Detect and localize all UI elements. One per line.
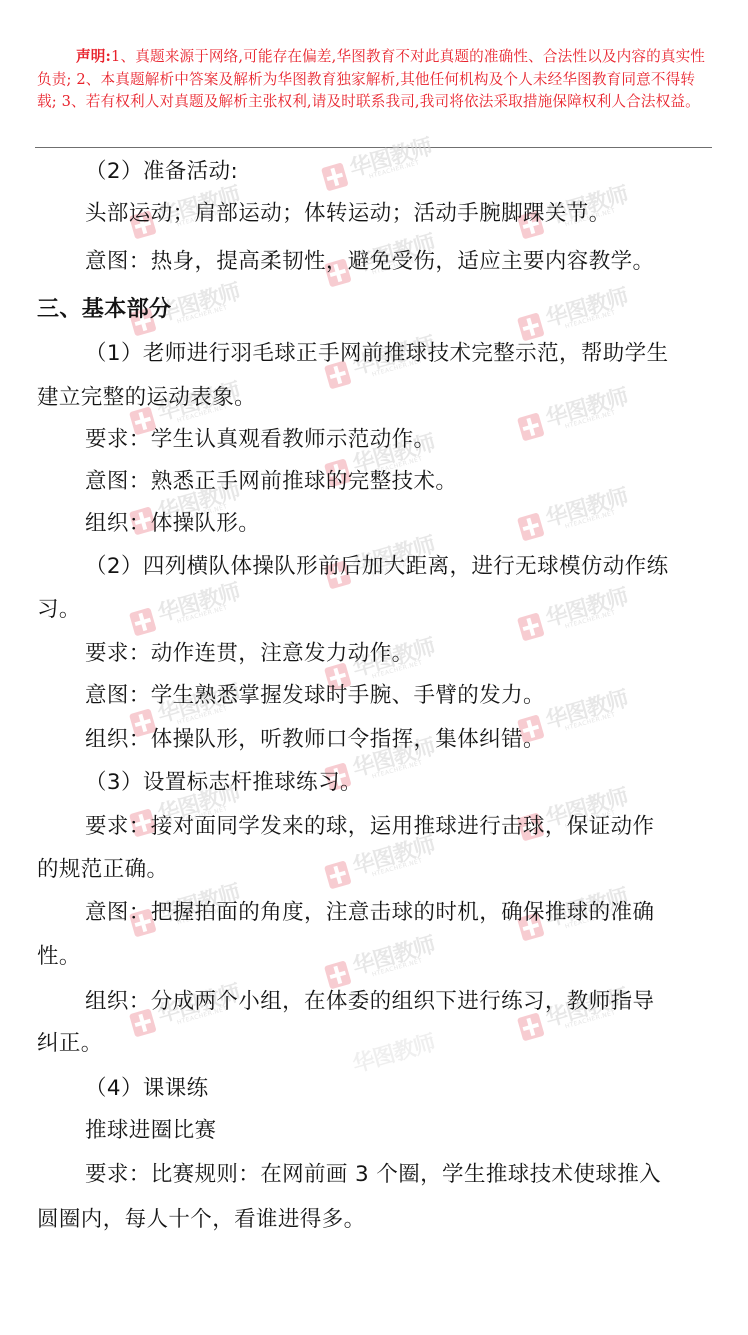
watermark-logo-icon <box>517 512 545 541</box>
item1-organization: 组织：体操队形。 <box>85 511 260 537</box>
watermark: 华图教师 HTEACHER.NET <box>514 773 652 853</box>
item4-line1: （4）课课练 <box>85 1076 209 1102</box>
watermark: 华图教师 <box>321 1019 459 1099</box>
item3-requirement-line2: 的规范正确。 <box>37 857 168 883</box>
prep-activities: 头部运动；肩部运动；体转运动；活动手腕脚踝关节。 <box>85 201 611 227</box>
section-heading: 三、基本部分 <box>37 297 171 323</box>
item3-line1: （3）设置标志杆推球练习。 <box>85 770 362 796</box>
watermark-logo-icon <box>321 162 349 191</box>
item2-organization: 组织：体操队形，听教师口令指挥，集体纠错。 <box>85 727 545 753</box>
item4-game: 推球进圈比赛 <box>85 1118 216 1144</box>
item2-line1: （2）四列横队体操队形前后加大距离，进行无球模仿动作练 <box>85 554 668 580</box>
item3-organization-line2: 纠正。 <box>37 1031 103 1057</box>
item1-line2: 建立完整的运动表象。 <box>37 385 256 411</box>
item1-intent: 意图：熟悉正手网前推球的完整技术。 <box>85 469 457 495</box>
item2-line2: 习。 <box>37 597 81 623</box>
watermark: 华图教师 HTEACHER.NET <box>514 473 652 553</box>
disclaimer: 声明:1、真题来源于网络,可能存在偏差,华图教育不对此真题的准确性、合法性以及内… <box>37 46 713 114</box>
header-divider <box>35 147 712 148</box>
watermark-logo-icon <box>517 612 545 641</box>
watermark-logo-icon <box>517 312 545 341</box>
watermark-logo-icon <box>129 607 157 636</box>
document-page: 声明:1、真题来源于网络,可能存在偏差,华图教育不对此真题的准确性、合法性以及内… <box>0 0 748 1335</box>
item2-requirement: 要求：动作连贯，注意发力动作。 <box>85 641 414 667</box>
watermark: 华图教师 HTEACHER.NET <box>514 373 652 453</box>
item1-requirement: 要求：学生认真观看教师示范动作。 <box>85 427 435 453</box>
prep-intent: 意图：热身，提高柔韧性，避免受伤，适应主要内容教学。 <box>85 249 654 275</box>
watermark-logo-icon <box>517 1012 545 1041</box>
watermark: 华图教师 HTEACHER.NET <box>514 573 652 653</box>
watermark: 华图教师 HTEACHER.NET <box>318 123 456 203</box>
disclaimer-body: 1、真题来源于网络,可能存在偏差,华图教育不对此真题的准确性、合法性以及内容的真… <box>37 48 705 110</box>
item2-intent: 意图：学生熟悉掌握发球时手腕、手臂的发力。 <box>85 683 545 709</box>
item3-requirement-line1: 要求：接对面同学发来的球，运用推球进行击球，保证动作 <box>85 814 654 840</box>
prep-title: （2）准备活动: <box>85 159 238 185</box>
watermark-logo-icon <box>517 412 545 441</box>
item4-requirement-line1: 要求：比赛规则：在网前画 3 个圈，学生推球技术使球推入 <box>85 1162 661 1188</box>
item3-organization-line1: 组织：分成两个小组，在体委的组织下进行练习，教师指导 <box>85 989 654 1015</box>
item4-requirement-line2: 圆圈内，每人十个，看谁进得多。 <box>37 1207 366 1233</box>
watermark-logo-icon <box>324 960 352 989</box>
item3-intent-line1: 意图：把握拍面的角度，注意击球的时机，确保推球的准确 <box>85 900 654 926</box>
watermark-logo-icon <box>324 860 352 889</box>
item3-intent-line2: 性。 <box>37 944 81 970</box>
item1-line1: （1）老师进行羽毛球正手网前推球技术完整示范，帮助学生 <box>85 341 668 367</box>
disclaimer-lead: 声明: <box>76 48 111 65</box>
